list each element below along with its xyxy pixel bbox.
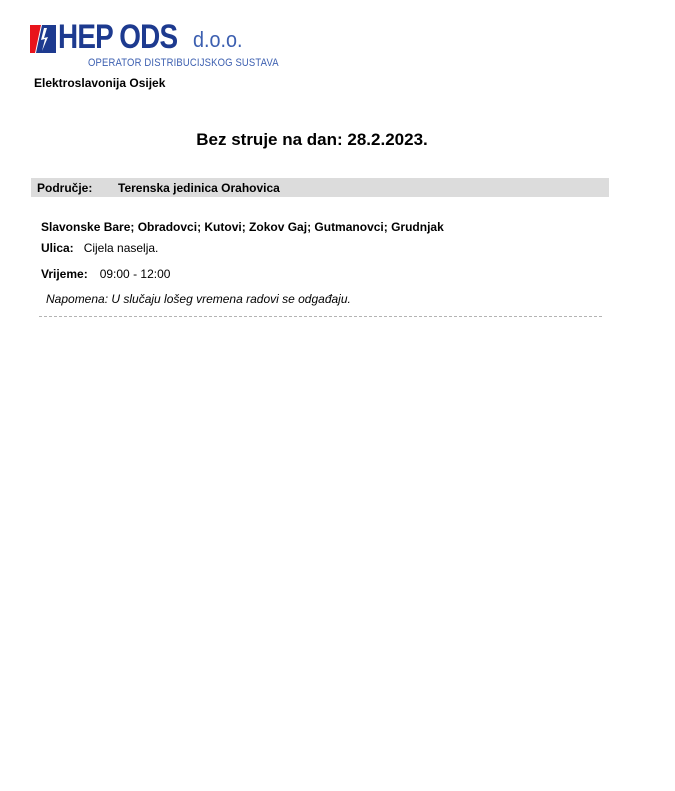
hep-ods-logo: HEP ODS d.o.o. OPERATOR DISTRIBUCIJSKOG … — [30, 24, 250, 74]
page-title: Bez struje na dan: 28.2.2023. — [0, 130, 624, 150]
dashed-divider — [39, 316, 602, 317]
lightning-logo-icon — [30, 25, 56, 53]
street-row: Ulica:Cijela naselja. — [41, 241, 158, 255]
time-row: Vrijeme:09:00 - 12:00 — [41, 267, 170, 281]
street-value: Cijela naselja. — [84, 241, 159, 255]
time-label: Vrijeme: — [41, 267, 88, 281]
street-label: Ulica: — [41, 241, 74, 255]
logo-wordmark: HEP ODS — [58, 18, 177, 57]
area-header-bar: Područje: Terenska jedinica Orahovica — [31, 178, 609, 197]
organization-name: Elektroslavonija Osijek — [34, 76, 165, 90]
weather-note: Napomena: U slučaju lošeg vremena radovi… — [46, 292, 351, 306]
area-label: Područje: — [37, 181, 92, 195]
logo-suffix: d.o.o. — [193, 27, 243, 53]
logo-subtitle: OPERATOR DISTRIBUCIJSKOG SUSTAVA — [88, 57, 279, 69]
area-value: Terenska jedinica Orahovica — [118, 181, 280, 195]
affected-places: Slavonske Bare; Obradovci; Kutovi; Zokov… — [41, 220, 444, 234]
time-value: 09:00 - 12:00 — [100, 267, 171, 281]
